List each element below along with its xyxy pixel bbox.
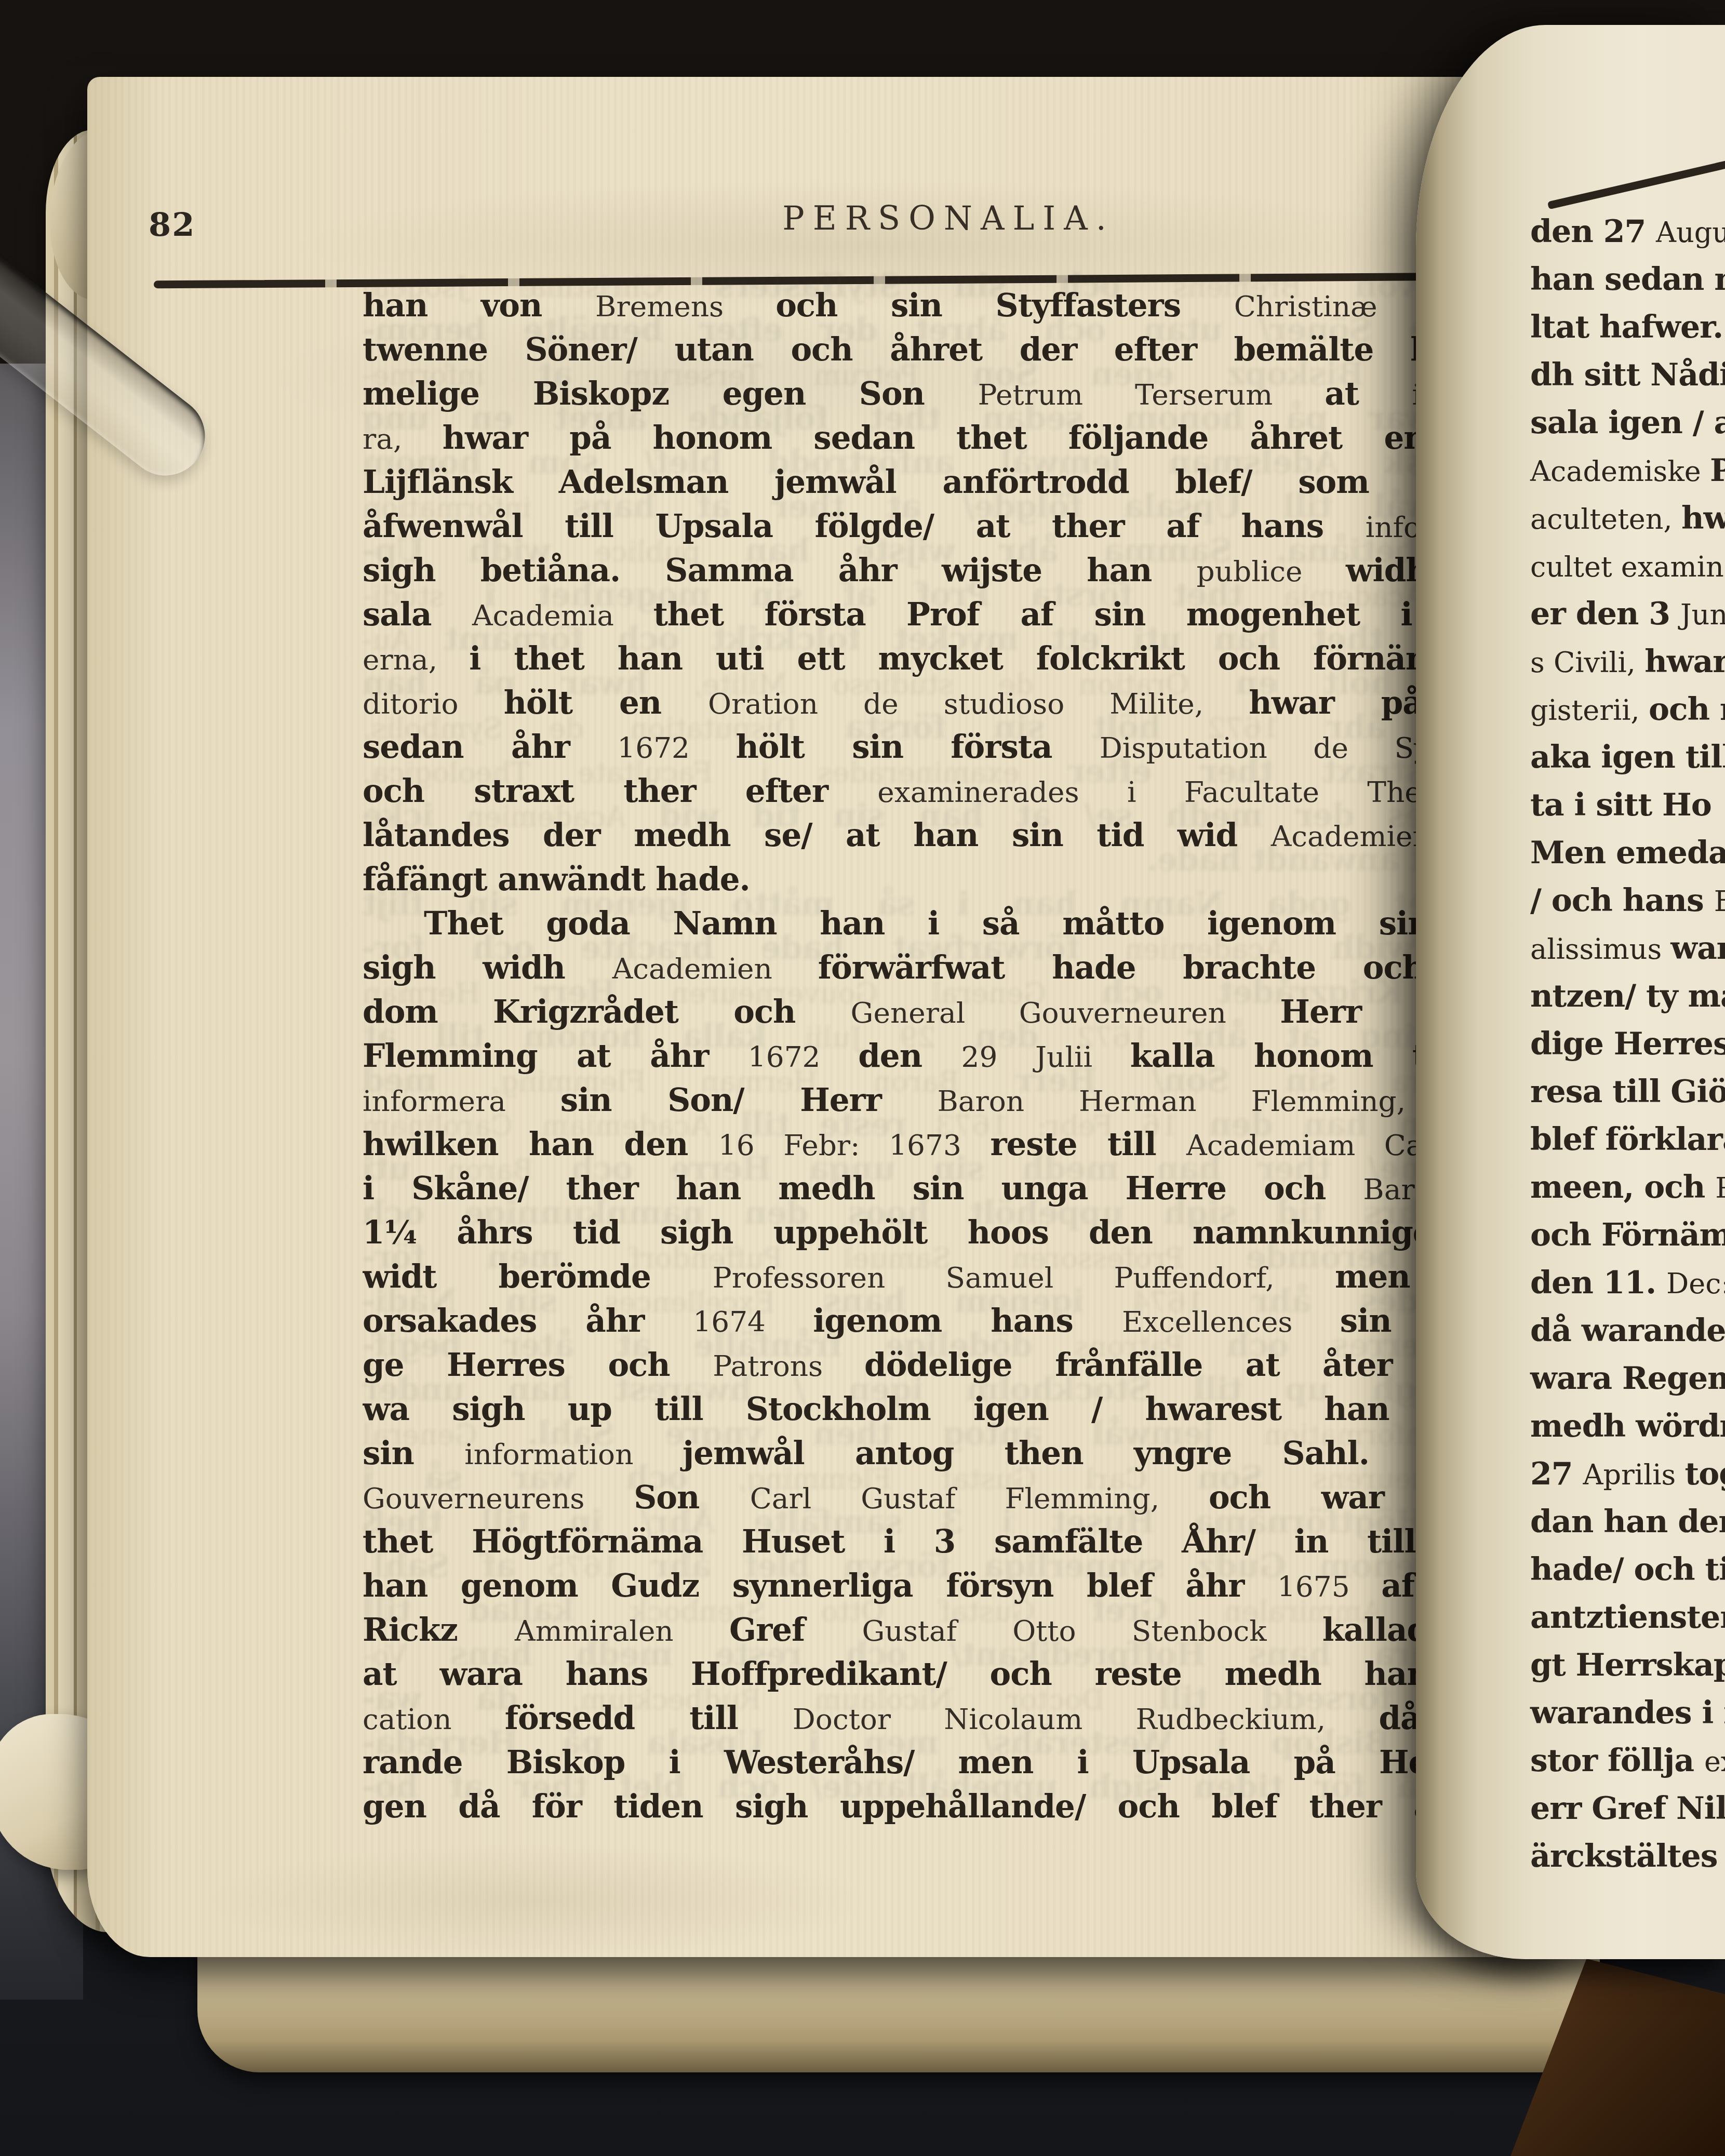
fraktur-text-segment: försedd till	[505, 1700, 793, 1737]
roman-text-segment: Aprilis	[1583, 1458, 1684, 1491]
next-page-text-fragment: dige Herres oc	[1530, 1020, 1725, 1068]
next-page-header-rule	[1547, 160, 1725, 210]
next-page-text-fragment: då warande	[1530, 1307, 1725, 1355]
text-line: rande Biskop i Westeråhs/ men i Upsala p…	[363, 1740, 1534, 1785]
fraktur-text-segment: Son	[634, 1479, 750, 1516]
fraktur-text-segment: thet första Prof af sin mogenhet i	[653, 596, 1453, 633]
fraktur-text-segment: thet Högtförnäma Huset i 3 samfälte Åhr/…	[363, 1523, 1534, 1560]
next-page-text-fragment: resa till Giöte	[1530, 1068, 1725, 1116]
fraktur-text-segment: ntzen/ ty måst	[1530, 978, 1725, 1014]
text-line: orsakades åhr 1674 igenom hans Excellenc…	[363, 1299, 1534, 1343]
roman-text-segment: Professoren Samuel Puffendorf,	[713, 1261, 1335, 1294]
text-line: sin information jemwål antog then yngre …	[363, 1431, 1534, 1476]
next-page-text-fragment: aculteten, hwar	[1530, 494, 1725, 542]
next-page-text-fragment: stor föllja extrac	[1530, 1737, 1725, 1785]
next-page-text-fragment: aka igen till S	[1530, 733, 1725, 781]
roman-text-segment: ditorio	[363, 687, 504, 720]
roman-text-segment: Ammiralen	[515, 1614, 729, 1648]
fraktur-text-segment: fåfängt anwändt hade.	[363, 861, 750, 898]
next-page-text-fragment: hade/ och tillit	[1530, 1546, 1725, 1593]
fraktur-text-segment: medh wördn	[1530, 1408, 1725, 1444]
text-line: Gouverneurens Son Carl Gustaf Flemming, …	[363, 1476, 1534, 1520]
next-page-text-fragment: den 11. Dec: s	[1530, 1259, 1725, 1307]
fraktur-text-segment: err Gref Nils	[1530, 1790, 1725, 1827]
next-page-text-fragment: han sedan me	[1530, 256, 1725, 303]
roman-text-segment: Gustaf Otto Stenbock	[862, 1614, 1322, 1648]
roman-text-segment: 29 Julii	[961, 1040, 1130, 1074]
text-line: och straxt ther efter examinerades i Fac…	[363, 769, 1534, 813]
fraktur-text-segment: dan han der in e	[1530, 1504, 1725, 1540]
roman-text-segment: cation	[363, 1703, 505, 1736]
fraktur-text-segment: åfwenwål till Upsala fölgde/ at ther af …	[363, 508, 1366, 545]
fraktur-text-segment: sigh betiåna. Samma åhr wijste han	[363, 552, 1197, 589]
fraktur-text-segment: dige Herres oc	[1530, 1026, 1725, 1062]
roman-text-segment: Petrum Terserum	[978, 378, 1325, 411]
fraktur-text-segment: hwilken han den	[363, 1126, 718, 1163]
roman-text-segment: gisterii,	[1530, 694, 1649, 727]
roman-text-segment: Præse	[1715, 1172, 1725, 1204]
text-line: åfwenwål till Upsala fölgde/ at ther af …	[363, 504, 1534, 548]
roman-text-segment: information	[464, 1438, 683, 1471]
next-page-text-fragment: warandes i n	[1530, 1689, 1725, 1737]
text-line: 1¼ åhrs tid sigh uppehölt hoos den namnk…	[363, 1211, 1534, 1255]
roman-text-segment: Baron Herman Flemming,	[937, 1084, 1460, 1118]
fraktur-text-segment: han sedan me	[1530, 261, 1725, 298]
text-line: ge Herres och Patrons dödelige frånfälle…	[363, 1343, 1534, 1387]
next-page-text-fragment: er den 3 Junii s	[1530, 590, 1725, 638]
roman-text-segment: Oration de studioso Milite,	[708, 687, 1249, 720]
text-line: sigh widh Academien förwärfwat hade brac…	[363, 946, 1534, 990]
fraktur-text-segment: melige Biskopz egen Son	[363, 376, 978, 412]
text-line: i Skåne/ ther han medh sin unga Herre oc…	[363, 1167, 1534, 1211]
next-page-text-fragment: meen, och Præse	[1530, 1163, 1725, 1211]
text-line: melige Biskopz egen Son Petrum Terserum …	[363, 372, 1534, 416]
roman-text-segment: 1674	[693, 1305, 813, 1338]
fraktur-text-segment: Lijflänsk Adelsman jemwål anförtrodd ble…	[363, 464, 1534, 501]
fraktur-text-segment: rande Biskop i Westeråhs/ men i Upsala p…	[363, 1744, 1534, 1781]
next-page-text-fragment: och Förnäme	[1530, 1211, 1725, 1259]
text-line: wa sigh up till Stockholm igen / hwarest…	[363, 1387, 1534, 1431]
fraktur-text-segment: sala	[363, 596, 472, 633]
roman-text-segment: Academia	[472, 599, 653, 632]
fraktur-text-segment: at wara hans Hoffpredikant/ och reste me…	[363, 1656, 1490, 1693]
roman-text-segment: cultet examinerad	[1530, 551, 1725, 583]
roman-text-segment: aculteten,	[1530, 503, 1681, 535]
roman-text-segment: Junii	[1680, 598, 1725, 631]
roman-text-segment: erna,	[363, 643, 469, 676]
roman-text-segment: alissimus	[1530, 933, 1670, 966]
roman-text-segment: Dec:	[1666, 1267, 1725, 1300]
roman-text-segment: Patrons	[713, 1349, 864, 1383]
next-page-text-fragment: cultet examinerad	[1530, 542, 1725, 590]
fraktur-text-segment: aka igen till S	[1530, 739, 1725, 775]
roman-text-segment: Carl Gustaf Flemming,	[750, 1482, 1209, 1515]
next-page-text-fragment: antztiensten/ le	[1530, 1593, 1725, 1641]
roman-text-segment: 1672	[617, 731, 736, 765]
fraktur-text-segment: 1¼ åhrs tid sigh uppehölt hoos den namnk…	[363, 1214, 1534, 1251]
fraktur-text-segment: ta i sitt Ho	[1530, 787, 1711, 823]
next-page-text-fragment: medh wördn	[1530, 1402, 1725, 1450]
text-line: Thet goda Namn han i så måtto igenom sin…	[363, 902, 1534, 946]
fraktur-text-segment: ärckstältes den	[1530, 1838, 1725, 1874]
next-page-text-fragment: ntzen/ ty måst	[1530, 972, 1725, 1020]
fraktur-text-segment: / och hans	[1530, 882, 1714, 919]
text-line: sedan åhr 1672 hölt sin första Disputati…	[363, 725, 1534, 769]
roman-text-segment: Augu	[1656, 216, 1725, 249]
roman-text-segment: publice	[1197, 555, 1346, 588]
fraktur-text-segment: ltat hafwer.	[1530, 309, 1723, 345]
next-page-text-fragment: ärckstältes den	[1530, 1832, 1725, 1880]
fraktur-text-segment: dh sitt Nådiga	[1530, 357, 1725, 393]
text-line: hwilken han den 16 Febr: 1673 reste till…	[363, 1122, 1534, 1167]
fraktur-text-segment: war w	[1670, 930, 1725, 967]
body-text-block: han von Bremens och sin Styffasters Chri…	[363, 284, 1534, 1873]
text-line: informera sin Son/ Herr Baron Herman Fle…	[363, 1078, 1534, 1122]
text-line: Lijflänsk Adelsman jemwål anförtrodd ble…	[363, 460, 1534, 504]
fraktur-text-segment: at	[1325, 376, 1412, 412]
fraktur-text-segment: hwar	[1681, 500, 1725, 537]
fraktur-text-segment: tog	[1684, 1456, 1725, 1492]
text-line: erna, i thet han uti ett mycket folckrik…	[363, 637, 1534, 681]
fraktur-text-segment: och Förnäme	[1530, 1217, 1725, 1253]
text-line: twenne Söner/ utan och åhret der efter b…	[363, 328, 1534, 372]
fraktur-text-segment: sin Son/ Herr	[560, 1082, 938, 1119]
next-page-text-fragment: dh sitt Nådiga	[1530, 351, 1725, 399]
fraktur-text-segment: han genom Gudz synnerliga försyn blef åh…	[363, 1568, 1277, 1604]
catchword: nom	[363, 1829, 1534, 1873]
next-page-text-fragment: alissimus war w	[1530, 925, 1725, 972]
fraktur-text-segment: Thet goda Namn han i så måtto igenom sin…	[424, 905, 1534, 942]
text-line: dom Krigzrådet och General Gouverneuren …	[363, 990, 1534, 1034]
next-page-text-fragment: gisterii, och re	[1530, 686, 1725, 733]
fraktur-text-segment: reste till	[990, 1126, 1186, 1163]
fraktur-text-segment: wara Regemen	[1530, 1360, 1725, 1397]
fraktur-text-segment: sigh widh	[363, 949, 612, 986]
roman-text-segment: 16 Febr: 1673	[718, 1129, 991, 1162]
next-page-text-fragment: blef förklarad	[1530, 1116, 1725, 1163]
next-page-text-fragment: dan han der in e	[1530, 1498, 1725, 1546]
text-line: Flemming at åhr 1672 den 29 Julii kalla …	[363, 1034, 1534, 1078]
next-page-text-fragment: / och hans Ex	[1530, 877, 1725, 925]
next-page-text-fragment: s Civili, hwar	[1530, 638, 1725, 686]
roman-text-segment: Gouverneurens	[363, 1482, 634, 1515]
next-page-text-fragment: sala igen / at	[1530, 399, 1725, 447]
roman-text-segment: informera	[363, 1084, 560, 1118]
next-page-text-fragment: Men emedan	[1530, 829, 1725, 877]
running-header: PERSONALIA.	[363, 199, 1534, 237]
fraktur-text-segment: Herr	[1280, 994, 1416, 1030]
fraktur-text-segment: stor föllja	[1530, 1743, 1704, 1779]
text-line: ditorio hölt en Oration de studioso Mili…	[363, 681, 1534, 725]
text-line: låtandes der medh se/ at han sin tid wid…	[363, 813, 1534, 858]
text-line: gen då för tiden sigh uppehållande/ och …	[363, 1785, 1534, 1829]
text-line: ra, hwar på honom sedan thet följande åh…	[363, 416, 1534, 460]
fraktur-text-segment: sedan åhr	[363, 729, 617, 766]
fraktur-text-segment: wa sigh up till Stockholm igen / hwarest…	[363, 1391, 1534, 1428]
fraktur-text-segment: sala igen / at	[1530, 405, 1725, 441]
fraktur-text-segment: resa till Giöte	[1530, 1074, 1725, 1110]
roman-text-segment: 1675	[1277, 1570, 1381, 1603]
fraktur-text-segment: gt Herrskap/ ic	[1530, 1647, 1725, 1683]
fraktur-text-segment: antztiensten/ le	[1530, 1599, 1725, 1636]
text-line: at wara hans Hoffpredikant/ och reste me…	[363, 1652, 1534, 1696]
text-line: widt berömde Professoren Samuel Puffendo…	[363, 1255, 1534, 1299]
fraktur-text-segment: Gref	[729, 1612, 862, 1649]
fraktur-text-segment: twenne Söner/ utan och åhret der efter b…	[363, 331, 1534, 368]
next-page-curled-edge: den 27 Auguhan sedan meltat hafwer.dh si…	[1416, 25, 1725, 1959]
page-number: 82	[149, 206, 195, 244]
next-page-text-fragment: 27 Aprilis tog	[1530, 1450, 1725, 1498]
text-line: cation försedd till Doctor Nicolaum Rudb…	[363, 1696, 1534, 1740]
text-line: sala Academia thet första Prof af sin mo…	[363, 593, 1534, 637]
fraktur-text-segment: då warande	[1530, 1313, 1725, 1349]
roman-text-segment: Academien	[612, 952, 818, 985]
fraktur-text-segment: gen då för tiden sigh uppehållande/ och …	[363, 1788, 1534, 1825]
fraktur-text-segment: er den 3	[1530, 596, 1680, 632]
fraktur-text-segment: hwar	[1644, 644, 1725, 680]
fraktur-text-segment: i Skåne/ ther han medh sin unga Herre oc…	[363, 1170, 1363, 1207]
next-page-text-fragment: Academiske P	[1530, 447, 1725, 494]
roman-text-segment: extrac	[1704, 1745, 1725, 1778]
roman-text-segment: Bremens	[595, 290, 775, 323]
next-page-text-fragment: den 27 Augu	[1530, 208, 1725, 256]
text-line: thet Högtförnäma Huset i 3 samfälte Åhr/…	[363, 1520, 1534, 1564]
fraktur-text-segment: warandes i n	[1530, 1695, 1725, 1731]
fraktur-text-segment: den	[858, 1038, 961, 1075]
fraktur-text-segment: hölt en	[504, 685, 708, 721]
fraktur-text-segment: den 11.	[1530, 1265, 1666, 1301]
text-line: han genom Gudz synnerliga försyn blef åh…	[363, 1564, 1534, 1608]
next-page-text-fragment: err Gref Nils	[1530, 1785, 1725, 1832]
fraktur-text-segment: Rickz	[363, 1612, 515, 1649]
photo-of-open-book: 82 PERSONALIA. han von Bremens och sin S…	[0, 0, 1725, 2156]
fraktur-text-segment: jemwål antog then yngre Sahl.	[683, 1435, 1420, 1472]
fraktur-text-segment: 27	[1530, 1456, 1583, 1492]
fraktur-text-segment: hwar på honom sedan thet följande åhret …	[443, 420, 1534, 457]
roman-text-segment: General Gouverneuren	[851, 996, 1280, 1029]
roman-text-segment: s Civili,	[1530, 646, 1644, 679]
text-line: sigh betiåna. Samma åhr wijste han publi…	[363, 548, 1534, 593]
fraktur-text-segment: igenom hans	[813, 1303, 1122, 1340]
text-line: Rickz Ammiralen Gref Gustaf Otto Stenboc…	[363, 1608, 1534, 1652]
fraktur-text-segment: i thet han uti ett mycket folckrikt och …	[469, 640, 1486, 677]
fraktur-text-segment: och straxt ther efter	[363, 773, 877, 810]
fraktur-text-segment: orsakades åhr	[363, 1303, 693, 1340]
roman-text-segment: Doctor Nicolaum Rudbeckium,	[793, 1703, 1379, 1736]
next-page-text-fragment: gt Herrskap/ ic	[1530, 1641, 1725, 1689]
next-page-text-fragment: ltat hafwer.	[1530, 303, 1725, 351]
fraktur-text-segment: hade/ och tillit	[1530, 1551, 1725, 1588]
fraktur-text-segment: dom Krigzrådet och	[363, 994, 851, 1030]
fraktur-text-segment: låtandes der medh se/ at han sin tid wid	[363, 817, 1271, 854]
roman-text-segment: Excellences	[1122, 1305, 1340, 1338]
fraktur-text-segment: Flemming at åhr	[363, 1038, 748, 1075]
fraktur-text-segment: och re	[1649, 691, 1725, 728]
fraktur-text-segment: och sin Styffasters	[775, 287, 1234, 324]
text-line: han von Bremens och sin Styffasters Chri…	[363, 284, 1534, 328]
roman-text-segment: Ex	[1714, 885, 1725, 918]
next-page-text-fragment: wara Regemen	[1530, 1355, 1725, 1402]
next-page-text-column: den 27 Auguhan sedan meltat hafwer.dh si…	[1416, 208, 1725, 1880]
fraktur-text-segment: sin	[363, 1435, 464, 1472]
next-page-text-fragment: ta i sitt Ho	[1530, 781, 1725, 829]
fraktur-text-segment: widt berömde	[363, 1258, 713, 1295]
fraktur-text-segment: den 27	[1530, 213, 1656, 250]
fraktur-text-segment: han von	[363, 287, 595, 324]
fraktur-text-segment: hölt sin första	[736, 729, 1100, 766]
roman-text-segment: ra,	[363, 422, 443, 456]
fraktur-text-segment: Men emedan	[1530, 835, 1725, 871]
roman-text-segment: 1672	[748, 1040, 858, 1074]
fraktur-text-segment: ge Herres och	[363, 1347, 713, 1384]
fraktur-text-segment: P	[1710, 452, 1725, 489]
text-line: fåfängt anwändt hade.	[363, 858, 1534, 902]
fraktur-text-segment: meen, och	[1530, 1169, 1715, 1206]
fraktur-text-segment: blef förklarad	[1530, 1121, 1725, 1158]
roman-text-segment: Academiske	[1530, 455, 1710, 488]
book-page: 82 PERSONALIA. han von Bremens och sin S…	[87, 77, 1586, 1957]
